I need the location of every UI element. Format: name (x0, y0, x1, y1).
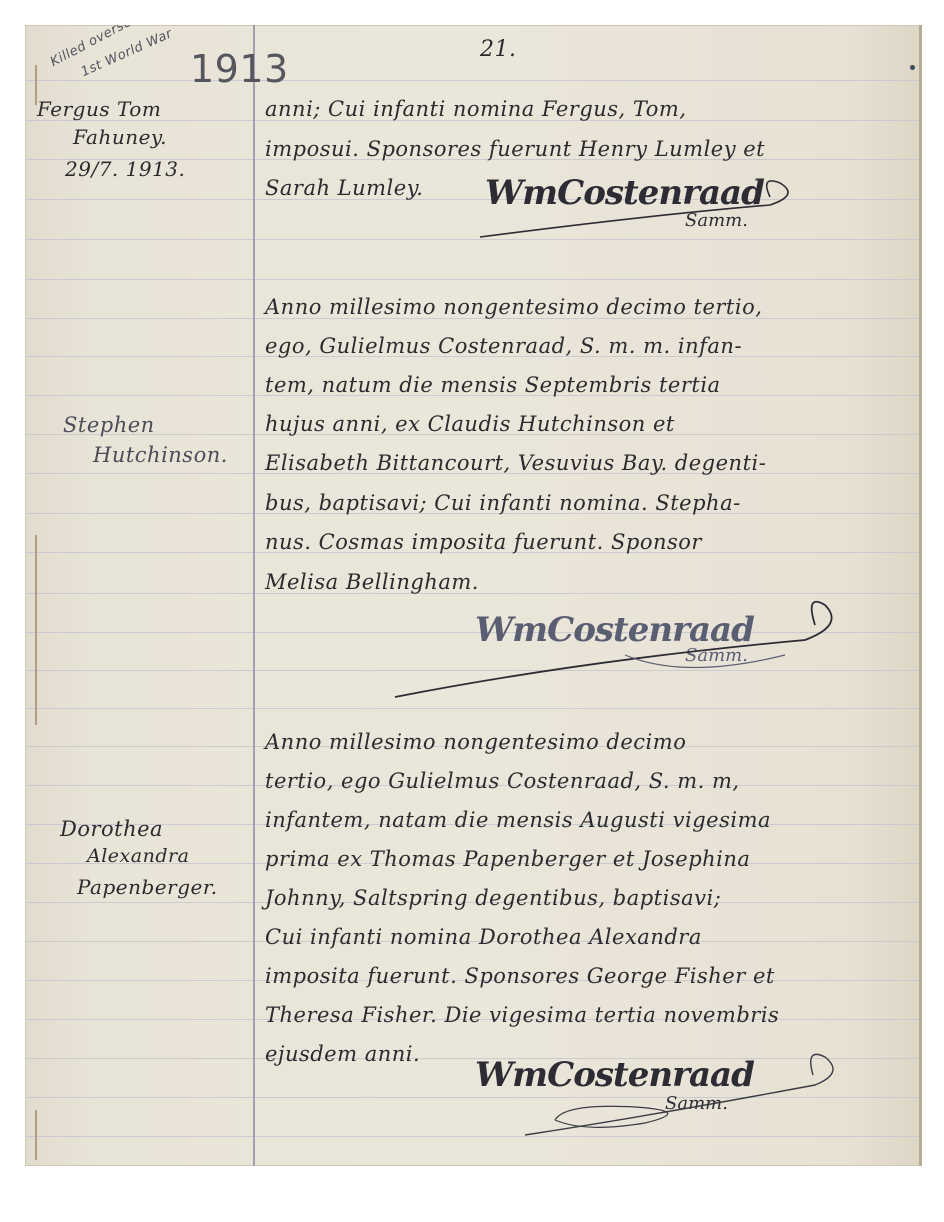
margin-name-line1: Dorothea (60, 817, 163, 841)
entry-line: imposita fuerunt. Sponsores George Fishe… (265, 964, 775, 988)
entry-line: anni; Cui infanti nomina Fergus, Tom, (265, 97, 687, 121)
margin-name-line1: Fergus Tom (37, 97, 161, 121)
binding-thread (35, 535, 37, 725)
margin-rule (253, 25, 255, 1166)
entry-line: Elisabeth Bittancourt, Vesuvius Bay. deg… (265, 451, 766, 475)
ruled-line (25, 279, 922, 280)
entry-line: Theresa Fisher. Die vigesima tertia nove… (265, 1003, 779, 1027)
ink-spot (910, 65, 915, 70)
entry-line: prima ex Thomas Papenberger et Josephina (265, 847, 750, 871)
entry-line: bus, baptisavi; Cui infanti nomina. Step… (265, 491, 741, 515)
entry-line: infantem, natam die mensis Augusti viges… (265, 808, 771, 832)
margin-name-line1: Stephen (63, 413, 155, 437)
margin-name-line2: Hutchinson. (93, 443, 228, 467)
entry-line: Anno millesimo nongentesimo decimo terti… (265, 295, 762, 319)
signature-flourish (495, 1045, 855, 1145)
entry-line: Cui infanti nomina Dorothea Alexandra (265, 925, 702, 949)
signature-flourish (470, 175, 800, 245)
page-number: 21. (480, 37, 517, 62)
entry-line: imposui. Sponsores fuerunt Henry Lumley … (265, 137, 765, 161)
margin-name-line2: Fahuney. (73, 125, 167, 149)
entry-line: ego, Gulielmus Costenraad, S. m. m. infa… (265, 334, 742, 358)
ruled-line (25, 708, 922, 709)
binding-thread (35, 1110, 37, 1160)
entry-line: nus. Cosmas imposita fuerunt. Sponsor (265, 530, 702, 554)
entry-line: Johnny, Saltspring degentibus, baptisavi… (265, 886, 721, 910)
margin-name-line2: Alexandra (87, 845, 189, 867)
entry-line: ejusdem anni. (265, 1042, 420, 1066)
entry-line: hujus anni, ex Claudis Hutchinson et (265, 412, 675, 436)
ruled-line (25, 80, 922, 81)
entry-line: Anno millesimo nongentesimo decimo (265, 730, 686, 754)
signature-flourish (385, 585, 855, 705)
entry-line: tem, natum die mensis Septembris tertia (265, 373, 721, 397)
entry-line: Sarah Lumley. (265, 176, 423, 200)
register-page: 21. 1913 Killed overseas 1st World War F… (25, 25, 922, 1166)
margin-name-line3: Papenberger. (77, 875, 218, 899)
entry-line: tertio, ego Gulielmus Costenraad, S. m. … (265, 769, 740, 793)
year-annotation: 1913 (190, 47, 289, 91)
margin-date: 29/7. 1913. (65, 157, 185, 181)
